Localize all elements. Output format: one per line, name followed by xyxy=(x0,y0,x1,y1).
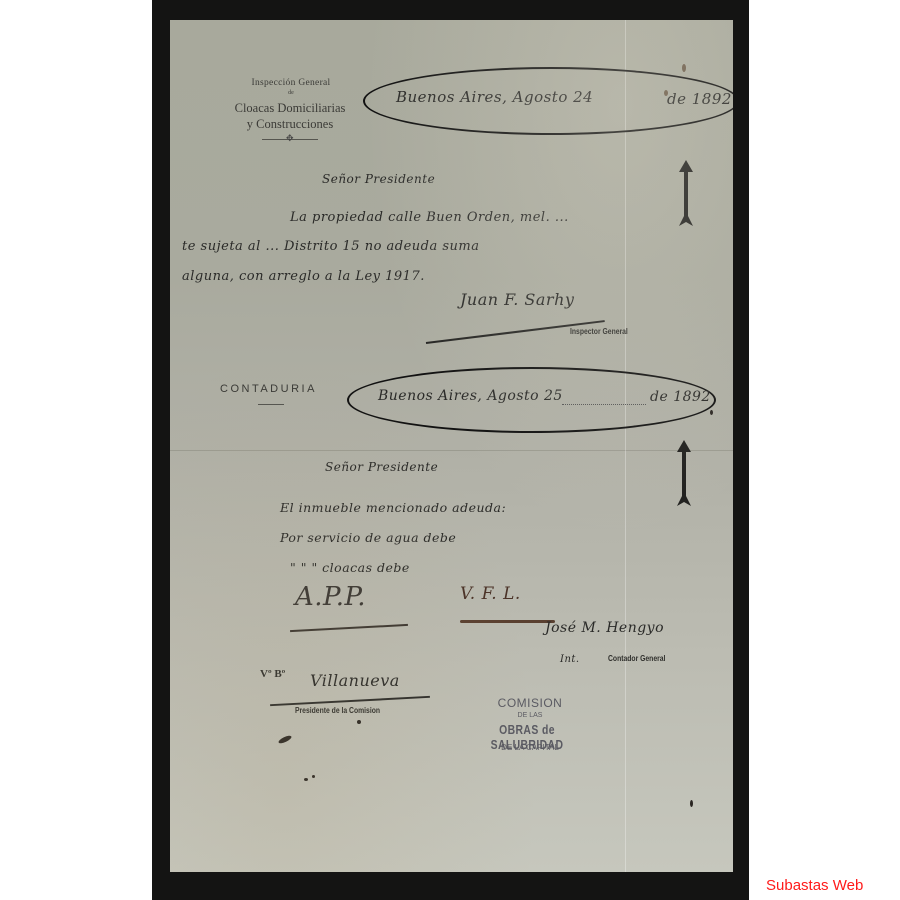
ink-stain xyxy=(304,778,308,781)
paper-damage-mark xyxy=(664,90,668,96)
contaduria-label: CONTADURIA xyxy=(220,383,317,395)
statement-line-1: El inmueble mencionado adeuda: xyxy=(280,500,506,515)
stamp-line-4: DE LA CAPITAL xyxy=(470,743,590,752)
date-line-2: Buenos Aires, Agosto 25 xyxy=(378,388,563,404)
salutation-2: Señor Presidente xyxy=(325,460,438,474)
salutation-1: Señor Presidente xyxy=(322,172,435,186)
initials-left: A.P.P. xyxy=(295,582,366,612)
letterhead-line-2: de xyxy=(236,90,346,96)
ink-stain xyxy=(710,410,713,415)
president-signature-line xyxy=(270,696,430,706)
ornament-icon: ✥ xyxy=(286,133,294,144)
vertical-fold-line xyxy=(625,20,626,872)
letterhead-line-3: Cloacas Domiciliarias xyxy=(210,101,370,116)
signature-prefix: Int. xyxy=(560,654,580,665)
dotted-fill-line xyxy=(562,404,646,405)
initials-right: V. F. L. xyxy=(460,584,521,604)
ink-stain xyxy=(312,775,315,778)
ink-stain xyxy=(690,800,693,807)
ink-stain xyxy=(357,720,361,724)
stamp-line-2: DE LAS xyxy=(470,712,590,719)
date-year-1: de 1892 xyxy=(667,90,732,108)
horizontal-fold-line xyxy=(170,450,733,451)
letterhead-line-4: y Construcciones xyxy=(210,117,370,132)
arrow-up-icon xyxy=(677,160,695,232)
date-line-1: Buenos Aires, Agosto 24 xyxy=(396,88,593,106)
date-year-2: de 1892 xyxy=(650,389,711,405)
paper-damage-mark xyxy=(682,64,686,72)
body-line-1: La propiedad calle Buen Orden, mel. ... xyxy=(290,210,569,225)
watermark-label: Subastas Web xyxy=(766,877,863,894)
signature-inspector: Juan F. Sarhy xyxy=(460,290,574,309)
signature-president: Villanueva xyxy=(310,671,400,690)
contador-title: Contador General xyxy=(608,654,665,663)
stamp-line-1: COMISION xyxy=(470,696,590,710)
body-line-2: te sujeta al ... Distrito 15 no adeuda s… xyxy=(182,239,480,254)
ink-stain xyxy=(278,734,293,744)
contaduria-ornament xyxy=(258,404,284,405)
president-title: Presidente de la Comision xyxy=(295,706,380,715)
statement-line-3: " " " cloacas debe xyxy=(290,560,410,575)
arrow-up-icon xyxy=(675,440,693,512)
initials-right-underline xyxy=(460,620,555,623)
body-line-3: alguna, con arreglo a la Ley 1917. xyxy=(182,269,425,284)
letterhead-line-1: Inspección General xyxy=(236,78,346,88)
document-sheet: Inspección General de Cloacas Domiciliar… xyxy=(170,20,733,872)
inspector-title: Inspector General xyxy=(570,327,628,336)
signature-contador: José M. Hengyo xyxy=(545,620,664,636)
statement-line-2: Por servicio de agua debe xyxy=(280,530,456,545)
visto-bueno-label: Vº Bº xyxy=(260,668,285,680)
initials-left-underline xyxy=(290,624,408,632)
